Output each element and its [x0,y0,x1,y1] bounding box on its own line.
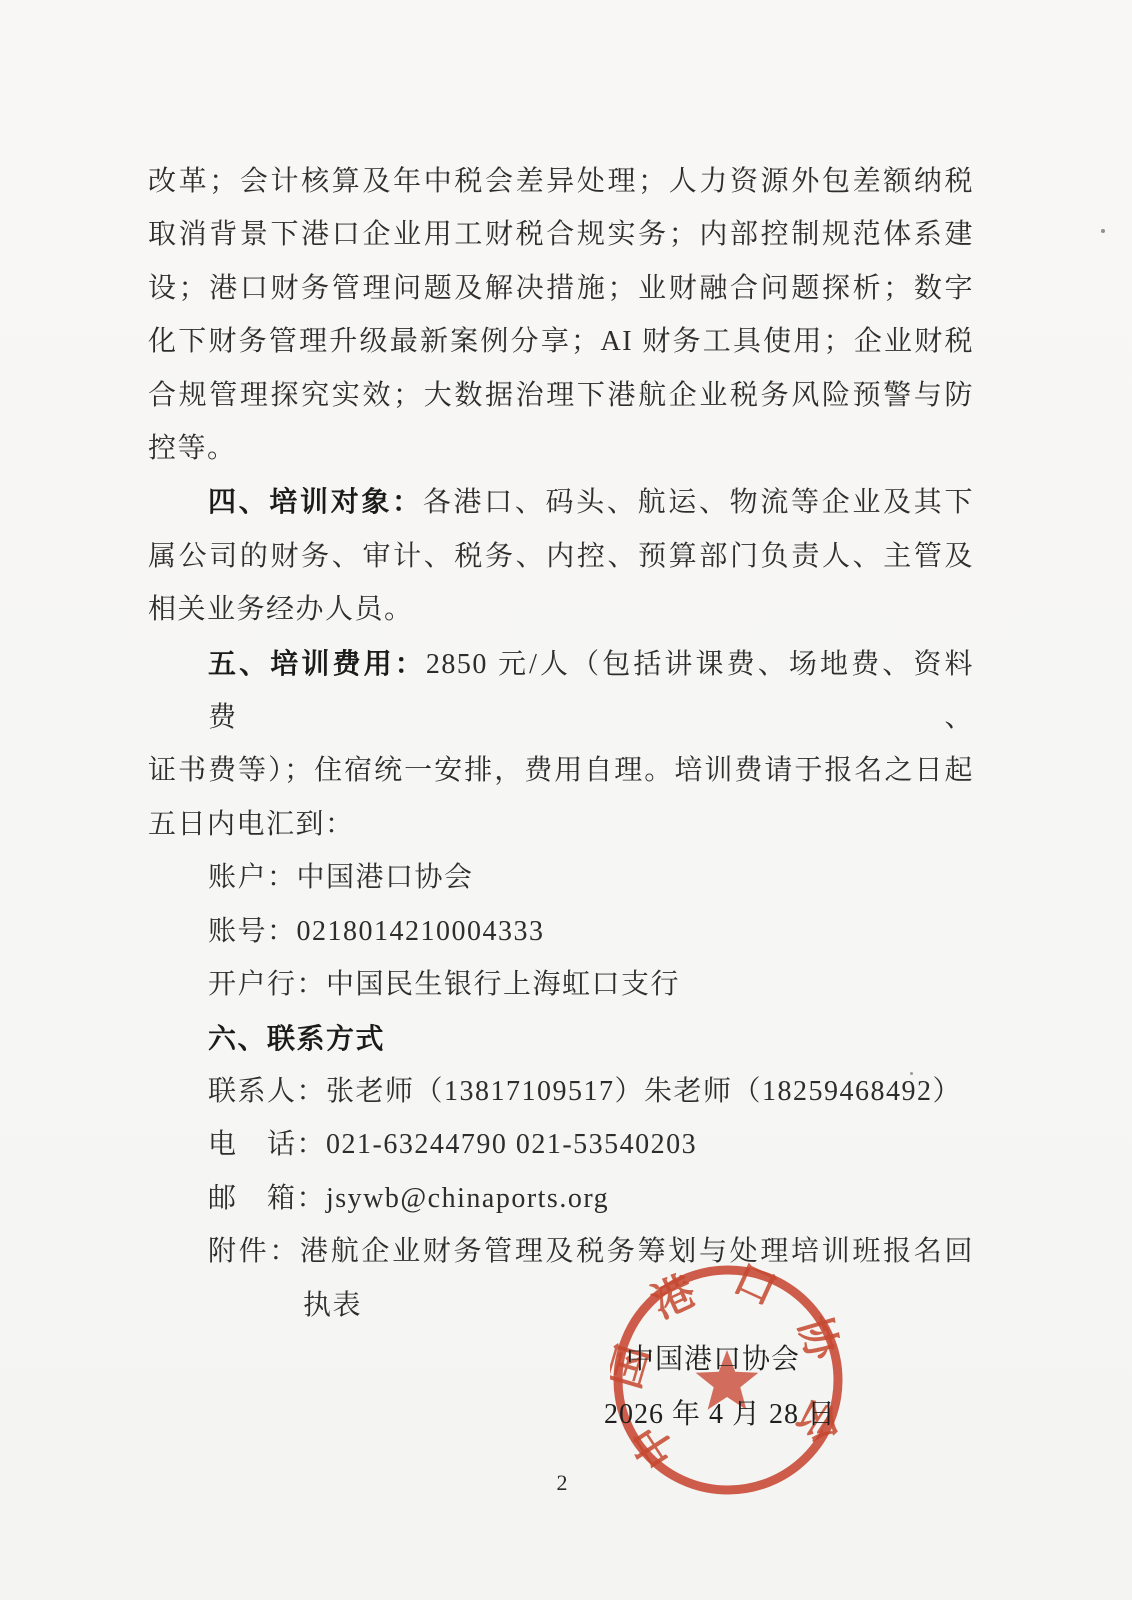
paragraph-intro: 改革；会计核算及年中税会差异处理；人力资源外包差额纳税 取消背景下港口企业用工财… [148,155,974,475]
signature-organization: 中国港口协会 [626,1337,800,1377]
section4-heading: 四、培训对象： [208,486,423,517]
scanned-document-page: 改革；会计核算及年中税会差异处理；人力资源外包差额纳税 取消背景下港口企业用工财… [0,0,1132,1600]
section6-heading: 六、联系方式 [148,1012,974,1065]
bank-branch: 开户行：中国民生银行上海虹口支行 [148,958,974,1011]
paragraph-section6: 六、联系方式 联系人：张老师（13817109517）朱老师（182594684… [148,1012,974,1226]
section4-text: 各港口、码头、航运、物流等企业及其下 [423,487,974,518]
text-line: 取消背景下港口企业用工财税合规实务；内部控制规范体系建 [148,208,974,261]
paragraph-section4: 四、培训对象：各港口、码头、航运、物流等企业及其下 属公司的财务、审计、税务、内… [148,475,974,636]
section5-heading: 五、培训费用： [208,648,426,679]
text-line: 控等。 [148,422,974,475]
text-line: 化下财务管理升级最新案例分享；AI 财务工具使用；企业财税 [148,315,974,368]
bank-account-name: 账户：中国港口协会 [148,851,974,904]
text-line: 相关业务经办人员。 [148,583,974,636]
contact-email: 邮 箱：jsywb@chinaports.org [148,1172,974,1225]
official-seal: 中国港口协会 [610,1262,846,1498]
text-line: 附件：港航企业财务管理及税务筹划与处理培训班报名回 [148,1225,974,1278]
document-body: 改革；会计核算及年中税会差异处理；人力资源外包差额纳税 取消背景下港口企业用工财… [148,155,974,1332]
contact-phone: 电 话：021-63244790 021-53540203 [148,1118,974,1171]
signature-date: 2026 年 4 月 28 日 [604,1392,836,1432]
text-line: 设；港口财务管理问题及解决措施；业财融合问题探析；数字 [148,262,974,315]
bank-account-number: 账号：0218014210004333 [148,905,974,958]
scan-artifact-dot [1101,229,1105,233]
bank-details: 账户：中国港口协会 账号：0218014210004333 开户行：中国民生银行… [148,851,974,1011]
text-line: 五日内电汇到： [148,798,974,851]
text-line: 证书费等）；住宿统一安排，费用自理。培训费请于报名之日起 [148,744,974,797]
scan-artifact-dot [910,1072,913,1075]
attachment-note: 附件：港航企业财务管理及税务筹划与处理培训班报名回 执表 [148,1225,974,1332]
text-line: 执表 [148,1279,974,1332]
text-line: 属公司的财务、审计、税务、内控、预算部门负责人、主管及 [148,530,974,583]
text-line: 五、培训费用：2850 元/人（包括讲课费、场地费、资料费、 [148,637,974,745]
contact-persons: 联系人：张老师（13817109517）朱老师（18259468492） [148,1065,974,1118]
text-line: 合规管理探究实效；大数据治理下港航企业税务风险预警与防 [148,369,974,422]
page-number: 2 [548,1470,576,1496]
text-line: 四、培训对象：各港口、码头、航运、物流等企业及其下 [148,475,974,529]
text-line: 改革；会计核算及年中税会差异处理；人力资源外包差额纳税 [148,155,974,208]
paragraph-section5: 五、培训费用：2850 元/人（包括讲课费、场地费、资料费、 证书费等）；住宿统… [148,637,974,852]
